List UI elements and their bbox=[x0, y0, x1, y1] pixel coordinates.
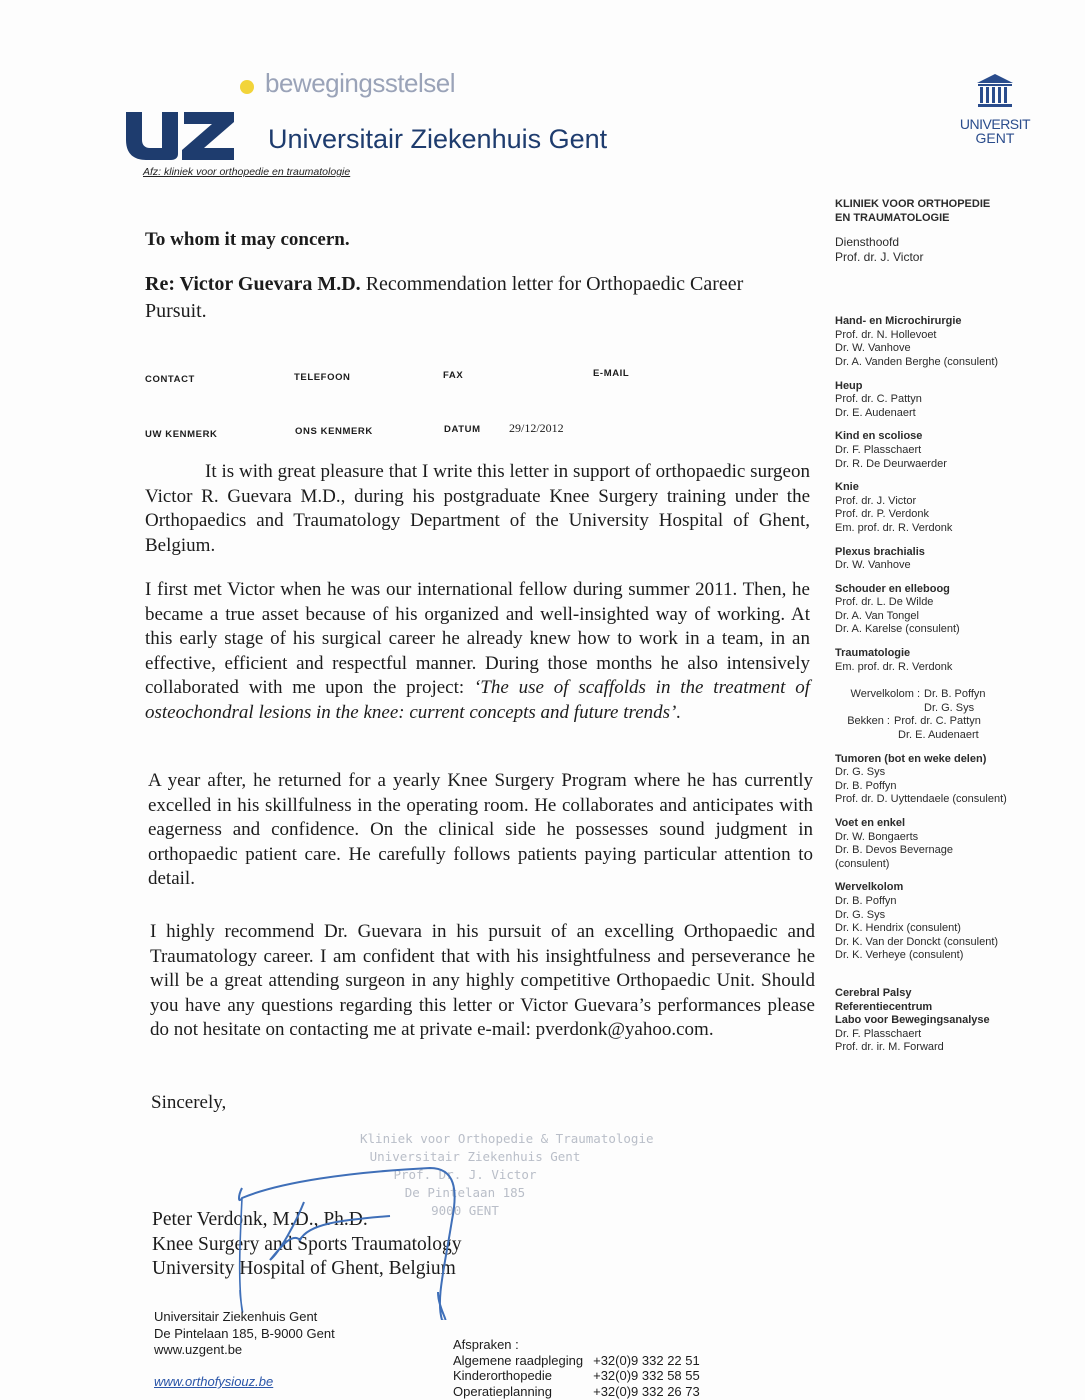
staff-member: Prof. dr. C. Pattyn bbox=[894, 715, 981, 729]
cp-title-1: Cerebral Palsy bbox=[835, 987, 1065, 1001]
telefoon-label: TELEFOON bbox=[294, 372, 351, 383]
appointment-phone: +32(0)9 332 26 73 bbox=[583, 1384, 700, 1400]
paragraph-2: I first met Victor when he was our inter… bbox=[145, 578, 810, 725]
staff-member: Dr. W. Vanhove bbox=[835, 559, 1065, 573]
cerebral-palsy-group: Cerebral Palsy Referentiecentrum Labo vo… bbox=[835, 987, 1065, 1055]
staff-member: Dr. W. Bongaerts bbox=[835, 831, 1065, 845]
paragraph-4: I highly recommend Dr. Guevara in his pu… bbox=[150, 920, 815, 1043]
staff-member: Em. prof. dr. R. Verdonk bbox=[835, 661, 1065, 675]
stamp-line: Prof. Dr. J. Victor bbox=[320, 1166, 610, 1184]
specialty-title: Plexus brachialis bbox=[835, 546, 1065, 560]
appointment-phone: +32(0)9 332 22 51 bbox=[583, 1353, 700, 1369]
staff-member: Dr. B. Devos Bevernage bbox=[835, 844, 1065, 858]
staff-sidebar: KLINIEK VOOR ORTHOPEDIE EN TRAUMATOLOGIE… bbox=[835, 198, 1065, 1055]
staff-member: Dr. B. Poffyn bbox=[835, 780, 1065, 794]
wervelkolom-label: Wervelkolom : bbox=[835, 688, 924, 702]
specialty-group: Plexus brachialisDr. W. Vanhove bbox=[835, 546, 1065, 573]
specialty-group: Kind en scolioseDr. F. PlasschaertDr. R.… bbox=[835, 430, 1065, 471]
footer-street: De Pintelaan 185, B-9000 Gent bbox=[154, 1326, 335, 1343]
appointments-table: Algemene raadpleging+32(0)9 332 22 51Kin… bbox=[453, 1353, 700, 1400]
ons-kenmerk-label: ONS KENMERK bbox=[295, 426, 373, 437]
specialty-title: Tumoren (bot en weke delen) bbox=[835, 753, 1065, 767]
specialty-title: Kind en scoliose bbox=[835, 430, 1065, 444]
footer-website[interactable]: www.uzgent.be bbox=[154, 1342, 335, 1359]
university-logo-line1: UNIVERSIT bbox=[955, 117, 1035, 131]
ghent-university-logo: UNIVERSIT GENT bbox=[955, 72, 1035, 152]
email-label: E-MAIL bbox=[593, 368, 629, 379]
cp-title-3: Labo voor Bewegingsanalyse bbox=[835, 1014, 1065, 1028]
traumatology-subsection: Wervelkolom :Dr. B. Poffyn Dr. G. Sys Be… bbox=[835, 688, 1065, 742]
staff-member: (consulent) bbox=[835, 858, 1065, 872]
appointment-phone: +32(0)9 332 58 55 bbox=[583, 1368, 700, 1384]
footer-address: Universitair Ziekenhuis Gent De Pintelaa… bbox=[154, 1309, 335, 1359]
specialty-group: Voet en enkelDr. W. BongaertsDr. B. Devo… bbox=[835, 817, 1065, 871]
staff-member: Prof. dr. J. Victor bbox=[835, 495, 1065, 509]
uz-logo-icon bbox=[122, 110, 237, 162]
diensthoofd-name: Prof. dr. J. Victor bbox=[835, 250, 1065, 265]
paragraph-3: A year after, he returned for a yearly K… bbox=[148, 769, 813, 892]
staff-member: Dr. A. Vanden Berghe (consulent) bbox=[835, 356, 1065, 370]
staff-member: Dr. F. Plasschaert bbox=[835, 444, 1065, 458]
specialty-group: Tumoren (bot en weke delen)Dr. G. SysDr.… bbox=[835, 753, 1065, 807]
stamp-line: De Pintelaan 185 bbox=[320, 1184, 610, 1202]
dept-title-2: EN TRAUMATOLOGIE bbox=[835, 212, 1065, 226]
staff-member: Dr. E. Audenaert bbox=[835, 407, 1065, 421]
sender-department: Afz: kliniek voor orthopedie en traumato… bbox=[143, 166, 350, 178]
specialty-group: TraumatologieEm. prof. dr. R. Verdonk bbox=[835, 647, 1065, 674]
specialty-title: Heup bbox=[835, 380, 1065, 394]
staff-member: Dr. B. Poffyn bbox=[835, 895, 1065, 909]
uw-kenmerk-label: UW KENMERK bbox=[145, 429, 218, 440]
staff-member: Prof. dr. C. Pattyn bbox=[835, 393, 1065, 407]
bekken-label: Bekken : bbox=[835, 715, 894, 729]
specialty-title: Schouder en elleboog bbox=[835, 583, 1065, 597]
appointments-block: Afspraken : Algemene raadpleging+32(0)9 … bbox=[453, 1337, 700, 1399]
staff-member: Dr. K. Hendrix (consulent) bbox=[835, 922, 1065, 936]
closing: Sincerely, bbox=[151, 1092, 226, 1114]
specialty-group: WervelkolomDr. B. PoffynDr. G. SysDr. K.… bbox=[835, 881, 1065, 963]
hospital-name: Universitair Ziekenhuis Gent bbox=[268, 124, 607, 155]
stamp-line: Universitair Ziekenhuis Gent bbox=[340, 1148, 610, 1166]
specialty-title: Wervelkolom bbox=[835, 881, 1065, 895]
fax-label: FAX bbox=[443, 370, 463, 381]
stamp-line: Kliniek voor Orthopedie & Traumatologie bbox=[360, 1130, 610, 1148]
specialty-group: KnieProf. dr. J. VictorProf. dr. P. Verd… bbox=[835, 481, 1065, 535]
staff-member: Dr. B. Poffyn bbox=[924, 688, 986, 702]
signer-institution: University Hospital of Ghent, Belgium bbox=[152, 1257, 461, 1282]
staff-member: Dr. R. De Deurwaerder bbox=[835, 458, 1065, 472]
staff-member: Dr. G. Sys bbox=[835, 909, 1065, 923]
department-stamp: Kliniek voor Orthopedie & Traumatologie … bbox=[360, 1130, 610, 1220]
diensthoofd-label: Diensthoofd bbox=[835, 235, 1065, 250]
specialty-groups: Hand- en MicrochirurgieProf. dr. N. Holl… bbox=[835, 315, 1065, 674]
specialty-title: Traumatologie bbox=[835, 647, 1065, 661]
specialty-group: Schouder en elleboogProf. dr. L. De Wild… bbox=[835, 583, 1065, 637]
appointment-label: Kinderorthopedie bbox=[453, 1368, 583, 1384]
subbrand-text: bewegingsstelsel bbox=[265, 68, 455, 99]
footer-org: Universitair Ziekenhuis Gent bbox=[154, 1309, 335, 1326]
staff-member: Dr. K. Van der Donckt (consulent) bbox=[835, 936, 1065, 950]
paragraph-1: It is with great pleasure that I write t… bbox=[145, 460, 810, 558]
signer-name: Peter Verdonk, M.D., Ph.D. bbox=[152, 1208, 461, 1233]
staff-member: Dr. G. Sys bbox=[835, 766, 1065, 780]
specialty-title: Hand- en Microchirurgie bbox=[835, 315, 1065, 329]
contact-label: CONTACT bbox=[145, 374, 195, 385]
staff-member: Prof. dr. ir. M. Forward bbox=[835, 1041, 1065, 1055]
specialty-title: Voet en enkel bbox=[835, 817, 1065, 831]
university-logo-line2: GENT bbox=[955, 131, 1035, 145]
cp-title-2: Referentiecentrum bbox=[835, 1001, 1065, 1015]
staff-member: Dr. A. Karelse (consulent) bbox=[835, 623, 1065, 637]
staff-member: Prof. dr. P. Verdonk bbox=[835, 508, 1065, 522]
specialty-group: Hand- en MicrochirurgieProf. dr. N. Holl… bbox=[835, 315, 1065, 369]
date-value: 29/12/2012 bbox=[509, 421, 564, 436]
appointment-row: Operatieplanning+32(0)9 332 26 73 bbox=[453, 1384, 700, 1400]
specialty-groups-2: Tumoren (bot en weke delen)Dr. G. SysDr.… bbox=[835, 753, 1065, 963]
appointment-row: Kinderorthopedie+32(0)9 332 58 55 bbox=[453, 1368, 700, 1384]
staff-member: Prof. dr. N. Hollevoet bbox=[835, 329, 1065, 343]
subject-line: Re: Victor Guevara M.D. Recommendation l… bbox=[145, 271, 805, 325]
staff-member: Prof. dr. D. Uyttendaele (consulent) bbox=[835, 793, 1065, 807]
appointment-label: Operatieplanning bbox=[453, 1384, 583, 1400]
signature-block: Peter Verdonk, M.D., Ph.D. Knee Surgery … bbox=[152, 1208, 461, 1282]
building-columns-icon bbox=[975, 72, 1015, 110]
specialty-title: Knie bbox=[835, 481, 1065, 495]
staff-member: Em. prof. dr. R. Verdonk bbox=[835, 522, 1065, 536]
appointment-row: Algemene raadpleging+32(0)9 332 22 51 bbox=[453, 1353, 700, 1369]
staff-member: Dr. F. Plasschaert bbox=[835, 1028, 1065, 1042]
staff-member: Dr. W. Vanhove bbox=[835, 342, 1065, 356]
staff-member: Dr. G. Sys bbox=[924, 702, 974, 716]
staff-member: Dr. E. Audenaert bbox=[898, 729, 979, 743]
staff-member: Prof. dr. L. De Wilde bbox=[835, 596, 1065, 610]
appointments-label: Afspraken : bbox=[453, 1337, 700, 1353]
staff-member: Dr. A. Van Tongel bbox=[835, 610, 1065, 624]
orthofysio-link[interactable]: www.orthofysiouz.be bbox=[154, 1374, 273, 1389]
specialty-group: HeupProf. dr. C. PattynDr. E. Audenaert bbox=[835, 380, 1065, 421]
datum-label: DATUM bbox=[444, 424, 481, 435]
subject-bold: Re: Victor Guevara M.D. bbox=[145, 273, 361, 295]
staff-member: Dr. K. Verheye (consulent) bbox=[835, 949, 1065, 963]
appointment-label: Algemene raadpleging bbox=[453, 1353, 583, 1369]
yellow-dot-icon bbox=[240, 80, 254, 94]
dept-title-1: KLINIEK VOOR ORTHOPEDIE bbox=[835, 198, 1065, 212]
salutation: To whom it may concern. bbox=[145, 229, 350, 251]
signer-title: Knee Surgery and Sports Traumatology bbox=[152, 1233, 461, 1258]
